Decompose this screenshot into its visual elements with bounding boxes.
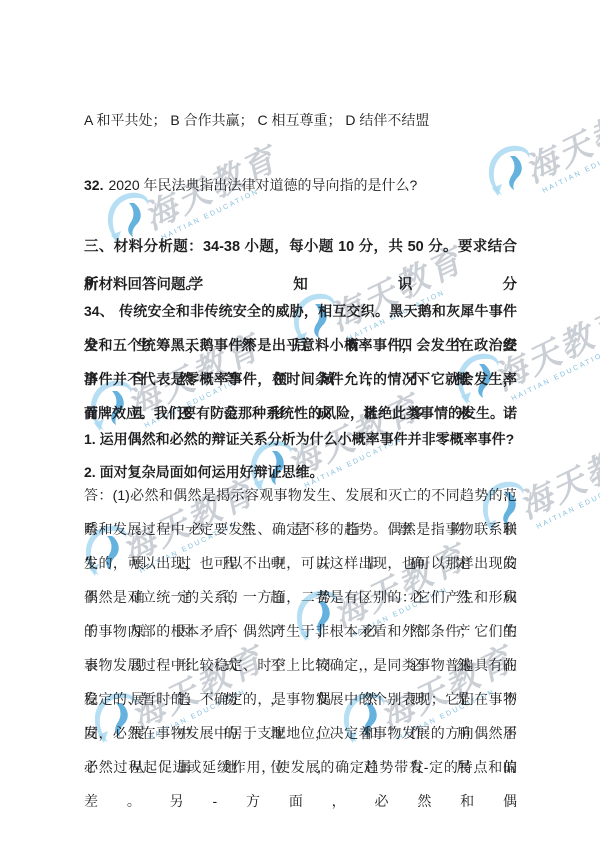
question-32-number: 32.: [84, 177, 103, 193]
material-line: 事件并不代表是零概率事件，在时间条件允许的情况下它就会发生，而且还会形成诺多米诺: [84, 362, 517, 396]
answer-block: 答：(1)必然和偶然是揭示容观事物发生、发展和灭亡的不同趋势的范畴。必然是指事物…: [84, 478, 517, 784]
sub-question-1-line: 1. 运用偶然和必然的辩证关系分析为什么小概率事件并非零概率事件?: [84, 422, 517, 456]
question-32-text: 2020 年民法典指出法律对道德的导向指的是什么?: [108, 177, 417, 193]
section-heading-block: 三、材料分析题：34-38 小题，每小题 10 分，共 50 分。要求结合所学知…: [84, 228, 517, 304]
sub-question-1-block: 1. 运用偶然和必然的辩证关系分析为什么小概率事件并非零概率事件?: [84, 422, 517, 456]
answer-line: 稳定的、暂时的、不确定的，是事物发展中的个别表现；它们在事物发展中的地位和作用不: [84, 682, 517, 716]
section-heading-line: 三、材料分析题：34-38 小题，每小题 10 分，共 50 分。要求结合所学知…: [84, 228, 517, 266]
document-page: 海天教育HAITIAN EDUCATION 海天教育HAITIAN EDUCAT…: [0, 0, 600, 848]
answer-line: 必然过程起促进或延缓作用，使发展的确定趋势带有-定的特点和偏差。另-方面，必然和…: [84, 750, 517, 784]
answer-options-block: A 和平共处； B 合作共赢； C 相互尊重； D 结伴不结盟: [84, 103, 517, 137]
question-32-block: 32.2020 年民法典指出法律对道德的导向指的是什么?: [84, 168, 517, 202]
material-34-block: 34、传统安全和非传统安全的威胁，相互交织。黑天鹅和灰犀牛事件发生，然后有四个安…: [84, 294, 517, 430]
answer-line: 同，必然在事物发展中居于支配地位，决定着事物发展的方向偶然居于从属地位，对发展的: [84, 716, 517, 750]
material-line: 全和五个统筹黑天鹅事件不是出乎意料小概率事件，会发生在政治经济自然等领域, 小概…: [84, 328, 517, 362]
answer-line: 偶然是对立统一的关系，一方面，二者是有区别的：它们产生和形成的原因不同，必然产生: [84, 580, 517, 614]
answer-line: 答：(1)必然和偶然是揭示容观事物发生、发展和灭亡的不同趋势的范畴。必然是指事物…: [84, 478, 517, 512]
answer-line: 于事物内部的根本矛盾，偶然产生于非根本矛盾和外部条件；它们的表现形式不同，必然在: [84, 614, 517, 648]
question-32-line: 32.2020 年民法典指出法律对道德的导向指的是什么?: [84, 168, 517, 202]
answer-options-line: A 和平共处； B 合作共赢； C 相互尊重； D 结伴不结盟: [84, 103, 517, 137]
material-number: 34、: [84, 303, 114, 319]
document-text-layer: A 和平共处； B 合作共赢； C 相互尊重； D 结伴不结盟 32.2020 …: [0, 0, 600, 848]
answer-line: 事物发展过程中比较稳定、时空上比较确定，是同类事物普遍具有的发展趋势，偶然则是不: [84, 648, 517, 682]
material-line: 34、传统安全和非传统安全的威胁，相互交织。黑天鹅和灰犀牛事件发生，然后有四个安: [84, 294, 517, 328]
answer-line: 系和发展过程中一定要发生、确定不移的趋势。偶然是指事物联系和发展过程中并非确定发: [84, 512, 517, 546]
answer-line: 生的，可以出现，也可以不出现，可以这样出现，也可以那样出现的不确定的趋势。必然和: [84, 546, 517, 580]
